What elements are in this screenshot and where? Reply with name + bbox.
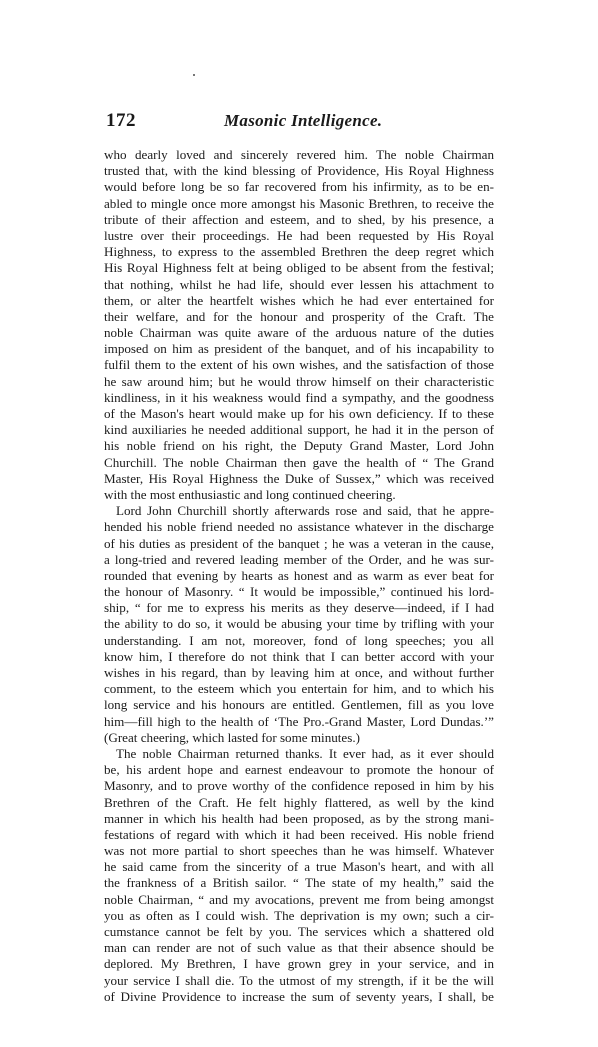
text-line: would before long be so far recovered fr…	[104, 179, 494, 195]
text-line: you as often as I could wish. The depriv…	[104, 908, 494, 924]
text-line: your service I shall die. To the utmost …	[104, 973, 494, 989]
text-line: manner in which his health had been prop…	[104, 811, 494, 827]
text-line: a long-tried and revered leading member …	[104, 552, 494, 568]
text-line: cumstance cannot be felt by you. The ser…	[104, 924, 494, 940]
text-line: of Divine Providence to increase the sum…	[104, 989, 494, 1005]
text-line: the ability to do so, it would be abusin…	[104, 616, 494, 632]
text-line: The noble Chairman returned thanks. It e…	[104, 746, 494, 762]
text-line: comment, to the esteem which you enterta…	[104, 681, 494, 697]
text-line: noble Chairman was quite aware of the ar…	[104, 325, 494, 341]
text-line: know him, I therefore do not think that …	[104, 649, 494, 665]
text-line: rounded that evening by hearts as honest…	[104, 568, 494, 584]
text-line: (Great cheering, which lasted for some m…	[104, 730, 494, 746]
text-line: hended his noble friend needed no assist…	[104, 519, 494, 535]
text-line: kind auxiliaries he needed additional su…	[104, 422, 494, 438]
text-line: ship, “ for me to express his merits as …	[104, 600, 494, 616]
text-line: them, or alter the heartfelt wishes whic…	[104, 293, 494, 309]
text-line: trusted that, with the kind blessing of …	[104, 163, 494, 179]
text-line: Master, His Royal Highness the Duke of S…	[104, 471, 494, 487]
text-line: that nothing, whilst he had life, should…	[104, 277, 494, 293]
text-line: the honour of Masonry. “ It would be imp…	[104, 584, 494, 600]
text-line: him—fill high to the health of ‘The Pro.…	[104, 714, 494, 730]
text-line: man can render are not of such value as …	[104, 940, 494, 956]
text-line: he said came from the sincerity of a tru…	[104, 859, 494, 875]
running-title: Masonic Intelligence.	[224, 111, 382, 131]
body-text: who dearly loved and sincerely revered h…	[104, 147, 494, 1005]
text-line: was not more partial to short speeches t…	[104, 843, 494, 859]
text-line: he saw around him; but he would throw hi…	[104, 374, 494, 390]
text-line: fulfil them to the extent of his own wis…	[104, 357, 494, 373]
text-line: deplored. My Brethren, I have grown grey…	[104, 956, 494, 972]
text-line: Brethren of the Craft. He felt highly fl…	[104, 795, 494, 811]
text-line: understanding. I am not, moreover, fond …	[104, 633, 494, 649]
text-line: lustre over their proceedings. He had be…	[104, 228, 494, 244]
text-line: festations of regard with which it had b…	[104, 827, 494, 843]
text-line: imposed on him as president of the banqu…	[104, 341, 494, 357]
text-line: His Royal Highness felt at being obliged…	[104, 260, 494, 276]
scan-speck	[193, 74, 195, 76]
text-line: of the Mason's heart would make up for h…	[104, 406, 494, 422]
text-line: long service and his honours are entitle…	[104, 697, 494, 713]
text-line: their welfare, and for the honour and pr…	[104, 309, 494, 325]
text-line: with the most enthusiastic and long cont…	[104, 487, 494, 503]
text-line: abled to mingle once more amongst his Ma…	[104, 196, 494, 212]
text-line: Churchill. The noble Chairman then gave …	[104, 455, 494, 471]
text-line: wishes in his regard, than by leaving hi…	[104, 665, 494, 681]
text-line: his noble friend on his right, the Deput…	[104, 438, 494, 454]
text-line: Masonry, and to prove worthy of the conf…	[104, 778, 494, 794]
text-line: of his duties as president of the banque…	[104, 536, 494, 552]
text-line: who dearly loved and sincerely revered h…	[104, 147, 494, 163]
text-line: tribute of their affection and esteem, a…	[104, 212, 494, 228]
page-number: 172	[106, 110, 136, 132]
text-line: Highness, to express to the assembled Br…	[104, 244, 494, 260]
text-line: the frankness of a British sailor. “ The…	[104, 875, 494, 891]
document-page: 172 Masonic Intelligence. who dearly lov…	[0, 0, 598, 1047]
page-header: 172 Masonic Intelligence.	[104, 110, 494, 134]
text-line: noble Chairman, “ and my avocations, pre…	[104, 892, 494, 908]
text-line: kindliness, in it his weakness would fin…	[104, 390, 494, 406]
text-line: Lord John Churchill shortly afterwards r…	[104, 503, 494, 519]
text-line: be, his ardent hope and earnest endeavou…	[104, 762, 494, 778]
